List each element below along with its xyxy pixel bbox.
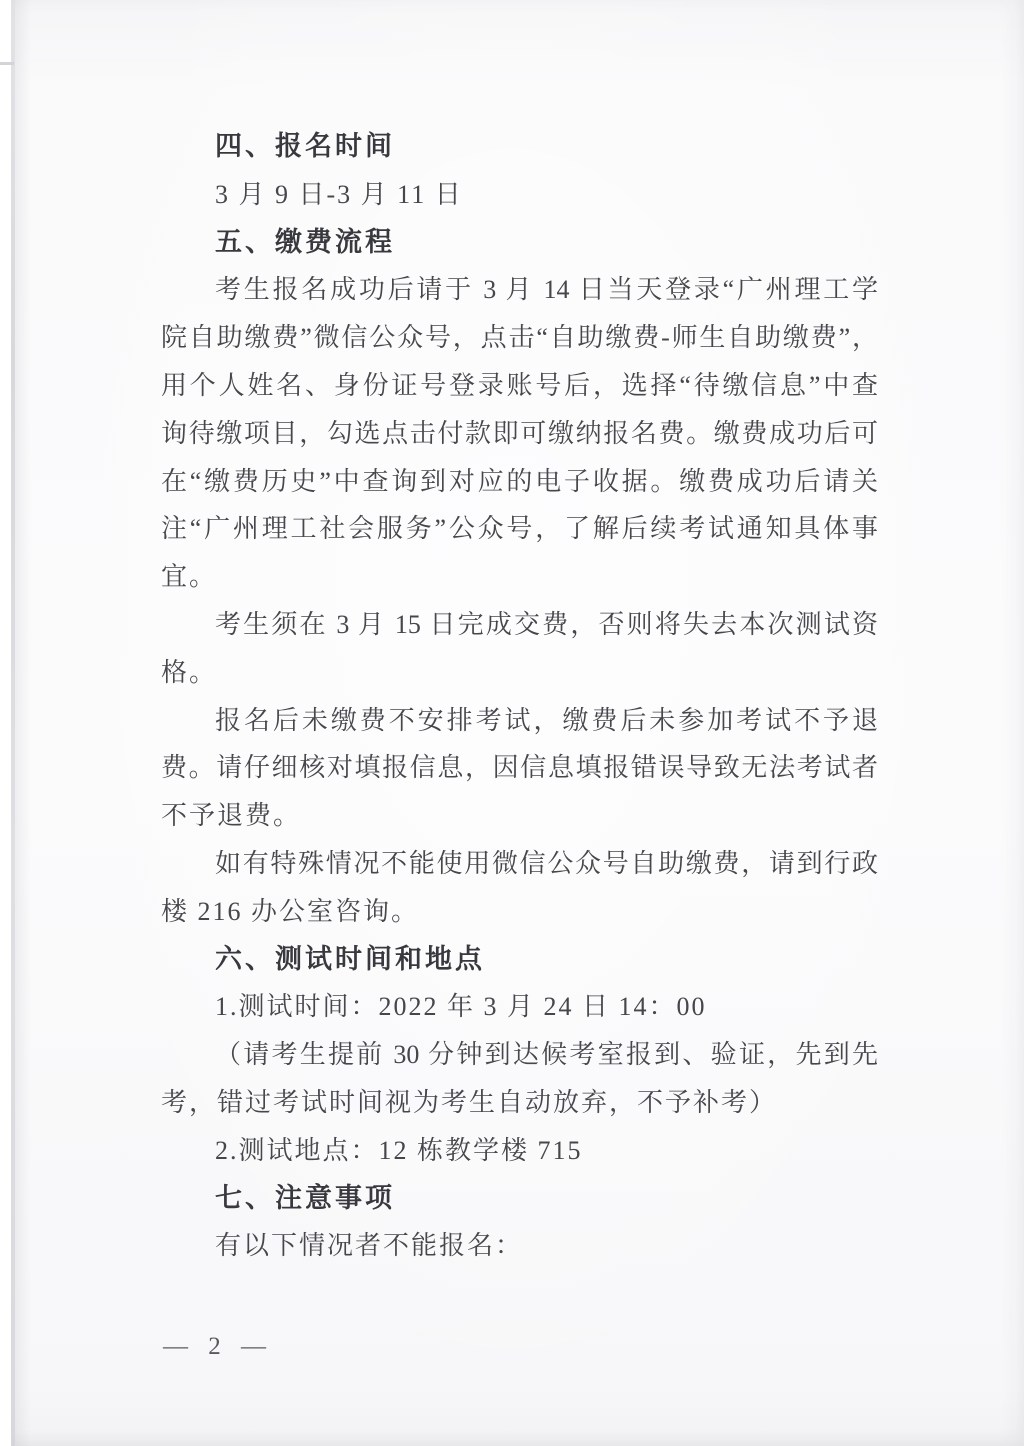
document-body: 四、报名时间 3 月 9 日-3 月 11 日 五、缴费流程 考生报名成功后请于… [161, 123, 878, 1270]
section-heading-notes: 七、注意事项 [161, 1175, 878, 1223]
test-location-line: 2.测试地点：12 栋教学楼 715 [161, 1127, 878, 1175]
section-heading-registration-time: 四、报名时间 [161, 123, 878, 171]
section-heading-test-time-location: 六、测试时间和地点 [161, 936, 878, 984]
page-number: — 2 — [163, 1327, 273, 1367]
paragraph-line: 考，错过考试时间视为考生自动放弃，不予补考） [161, 1079, 878, 1127]
registration-date-range: 3 月 9 日-3 月 11 日 [161, 171, 878, 219]
paragraph-line: 格。 [161, 649, 878, 697]
paragraph-line: 用个人姓名、身份证号登录账号后，选择“待缴信息”中查 [161, 362, 878, 410]
paragraph-line: 不予退费。 [161, 792, 878, 840]
paragraph-line: 询待缴项目，勾选点击付款即可缴纳报名费。缴费成功后可 [161, 410, 878, 458]
test-time-line: 1.测试时间：2022 年 3 月 24 日 14：00 [161, 983, 878, 1031]
section-heading-payment-process: 五、缴费流程 [161, 219, 878, 267]
notes-intro-line: 有以下情况者不能报名： [161, 1222, 878, 1270]
paragraph-line: 院自助缴费”微信公众号，点击“自助缴费-师生自助缴费”， [161, 314, 878, 362]
paragraph-line: 宜。 [161, 553, 878, 601]
paragraph-line: 报名后未缴费不安排考试，缴费后未参加考试不予退 [161, 697, 878, 745]
paragraph-line: 在“缴费历史”中查询到对应的电子收据。缴费成功后请关 [161, 458, 878, 506]
paragraph-line: 如有特殊情况不能使用微信公众号自助缴费，请到行政 [161, 840, 878, 888]
paragraph-line: 注“广州理工社会服务”公众号，了解后续考试通知具体事 [161, 505, 878, 553]
scan-edge-notch [0, 62, 14, 65]
paragraph-line: 考生须在 3 月 15 日完成交费，否则将失去本次测试资 [161, 601, 878, 649]
scan-edge-white-strip [0, 0, 11, 1446]
scanned-document-page: 四、报名时间 3 月 9 日-3 月 11 日 五、缴费流程 考生报名成功后请于… [0, 0, 1024, 1446]
paragraph-line: （请考生提前 30 分钟到达候考室报到、验证，先到先 [161, 1031, 878, 1079]
paragraph-line: 楼 216 办公室咨询。 [161, 888, 878, 936]
scan-edge-shadow [15, 0, 31, 1446]
paragraph-line: 考生报名成功后请于 3 月 14 日当天登录“广州理工学 [161, 266, 878, 314]
paragraph-line: 费。请仔细核对填报信息，因信息填报错误导致无法考试者 [161, 744, 878, 792]
